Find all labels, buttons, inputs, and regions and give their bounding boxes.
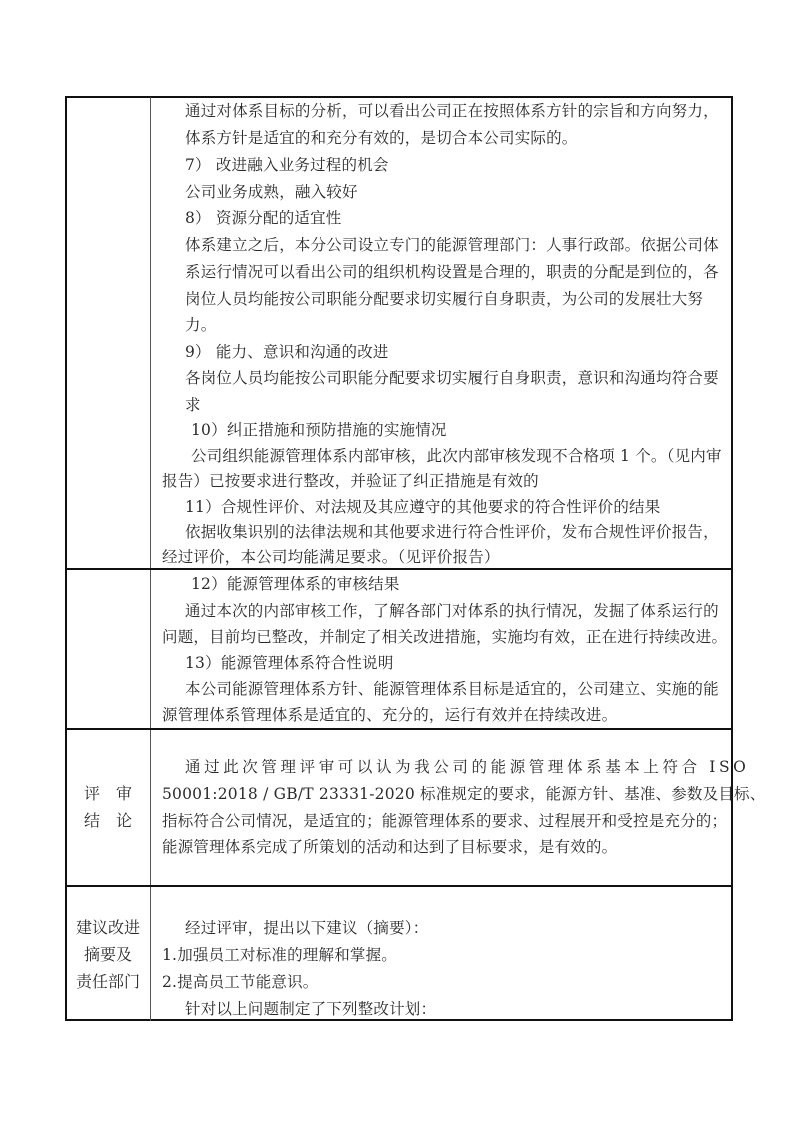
- row-label: 建议改进: [66, 918, 150, 938]
- text-line: 各岗位人员均能按公司职能分配要求切实履行自身职责，意识和沟通均符合要: [185, 368, 719, 388]
- row-label: 评 审: [66, 784, 150, 804]
- text-line: 依据收集识别的法律法规和其他要求进行符合性评价，发布合规性评价报告，: [185, 522, 719, 542]
- text-line: 50001:2018 / GB/T 23331-2020 标准规定的要求，能源方…: [162, 784, 765, 804]
- column-divider: [150, 97, 151, 1021]
- text-line: 源管理体系管理体系是适宜的、充分的，运行有效并在持续改进。: [162, 705, 617, 725]
- text-line: 通过对体系目标的分析，可以看出公司正在按照体系方针的宗旨和方向努力，: [185, 101, 719, 121]
- text-line: 求: [185, 395, 201, 415]
- text-line: 本公司能源管理体系方针、能源管理体系目标是适宜的，公司建立、实施的能: [185, 679, 719, 699]
- section-heading: 11）合规性评价、对法规及其应遵守的其他要求的符合性评价的结果: [185, 497, 660, 517]
- text-line: 问题，目前均已整改，并制定了相关改进措施，实施均有效，正在进行持续改进。: [162, 627, 727, 647]
- list-item: 1.加强员工对标准的理解和掌握。: [162, 945, 397, 965]
- row-label: 结 论: [66, 811, 150, 831]
- text-line: 体系方针是适宜的和充分有效的，是切合本公司实际的。: [185, 128, 578, 148]
- row-divider: [66, 728, 732, 730]
- text-line: 通过此次管理评审可以认为我公司的能源管理体系基本上符合 ISO: [185, 757, 749, 777]
- list-item: 2.提高员工节能意识。: [162, 972, 319, 992]
- section-heading: 13）能源管理体系符合性说明: [185, 653, 394, 673]
- section-heading: 8） 资源分配的适宜性: [185, 208, 342, 228]
- row-label: 责任部门: [66, 972, 150, 992]
- row-divider: [66, 568, 732, 570]
- text-line: 报告）已按要求进行整改，并验证了纠正措施是有效的: [162, 471, 539, 491]
- section-heading: 9） 能力、意识和沟通的改进: [185, 342, 389, 362]
- section-heading: 12）能源管理体系的审核结果: [191, 574, 400, 594]
- text-line: 岗位人员均能按公司职能分配要求切实履行自身职责，为公司的发展壮大努: [185, 289, 703, 309]
- document-page: 通过对体系目标的分析，可以看出公司正在按照体系方针的宗旨和方向努力， 体系方针是…: [0, 0, 800, 1130]
- section-heading: 7） 改进融入业务过程的机会: [185, 155, 389, 175]
- text-line: 通过本次的内部审核工作，了解各部门对体系的执行情况，发掘了体系运行的: [185, 601, 719, 621]
- text-line: 指标符合公司情况，是适宜的；能源管理体系的要求、过程展开和受控是充分的；: [162, 811, 727, 831]
- text-line: 力。: [185, 315, 216, 335]
- text-line: 公司业务成熟，融入较好: [185, 182, 358, 202]
- text-line: 体系建立之后，本分公司设立专门的能源管理部门：人事行政部。依据公司体: [185, 235, 719, 255]
- text-line: 经过评审，提出以下建议（摘要）：: [185, 918, 428, 938]
- row-label: 摘要及: [66, 945, 150, 965]
- text-line: 公司组织能源管理体系内部审核，此次内部审核发现不合格项 1 个。（见内审: [191, 446, 722, 466]
- section-heading: 10）纠正措施和预防措施的实施情况: [191, 420, 447, 440]
- row-divider: [66, 885, 732, 887]
- text-line: 经过评价，本公司均能满足要求。（见评价报告）: [162, 547, 500, 567]
- text-line: 系运行情况可以看出公司的组织机构设置是合理的，职责的分配是到位的，各: [185, 262, 719, 282]
- text-line: 针对以上问题制定了下列整改计划：: [185, 999, 436, 1019]
- text-line: 能源管理体系完成了所策划的活动和达到了目标要求，是有效的。: [162, 837, 617, 857]
